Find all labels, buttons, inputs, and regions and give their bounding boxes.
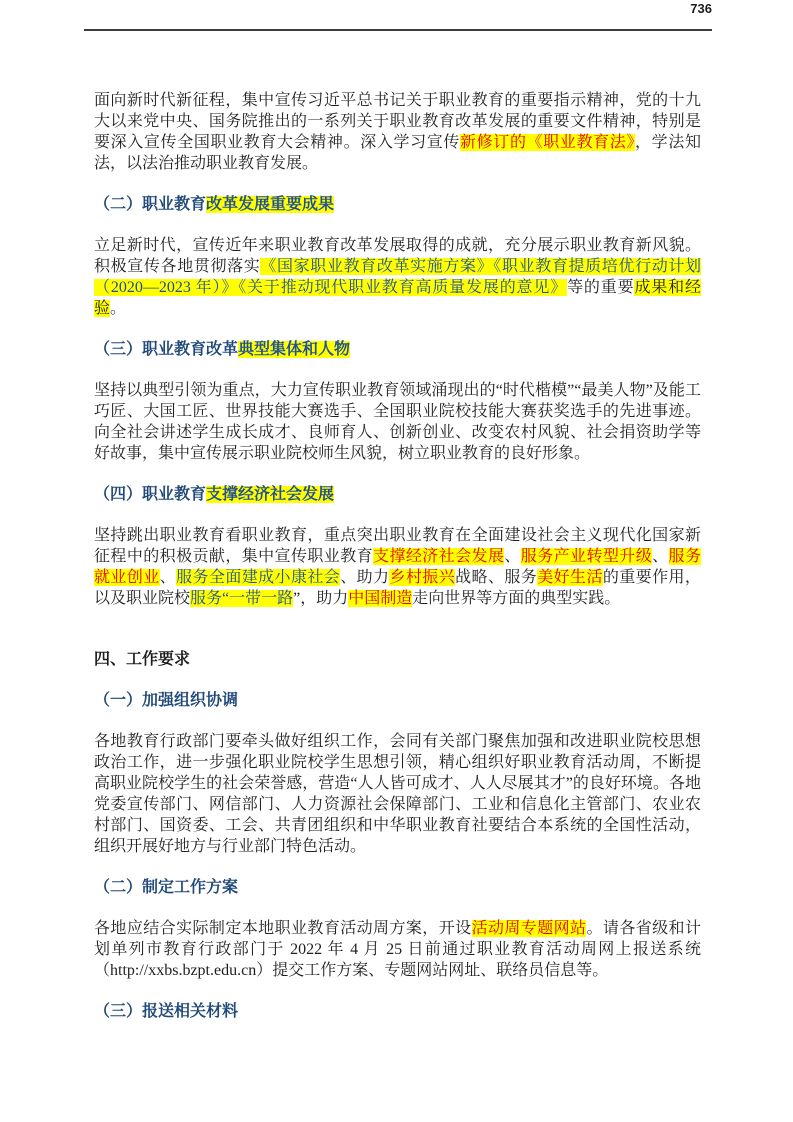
text-run: 等的重要	[567, 279, 634, 296]
text-run: 战略、服务	[455, 569, 537, 586]
highlighted-text: 支撑经济社会发展	[373, 548, 504, 565]
text-run: 、	[652, 548, 668, 565]
text-run: （三）职业教育改革	[94, 341, 238, 358]
text-run: 四、工作要求	[94, 651, 190, 668]
highlighted-text: 典型集体和人物	[238, 341, 350, 358]
document-page: 736 面向新时代新征程，集中宣传习近平总书记关于职业教育的重要指示精神，党的十…	[0, 0, 793, 1122]
highlighted-text: 服务全面建成小康社会	[176, 569, 340, 586]
sub-heading: （三）报送相关材料	[94, 1001, 701, 1022]
highlighted-text: 美好生活	[537, 569, 603, 586]
body-paragraph: 各地教育行政部门要牵头做好组织工作，会同有关部门聚焦加强和改进职业院校思想政治工…	[94, 731, 701, 857]
page-number: 736	[690, 1, 712, 16]
highlighted-text: 活动周专题网站	[472, 920, 587, 937]
text-run: 各地应结合实际制定本地职业教育活动周方案，开设	[94, 920, 472, 937]
body-paragraph: 面向新时代新征程，集中宣传习近平总书记关于职业教育的重要指示精神，党的十九大以来…	[94, 90, 701, 174]
sub-heading: （一）加强组织协调	[94, 690, 701, 711]
text-run: ”，助力	[293, 590, 348, 607]
highlighted-text: 乡村振兴	[389, 569, 455, 586]
text-run: （四）职业教育	[94, 486, 206, 503]
text-run: 各地教育行政部门要牵头做好组织工作，会同有关部门聚焦加强和改进职业院校思想政治工…	[94, 733, 701, 855]
body-paragraph: 立足新时代，宣传近年来职业教育改革发展取得的成就，充分展示职业教育新风貌。积极宣…	[94, 235, 701, 319]
highlighted-text: 中国制造	[348, 590, 412, 607]
main-heading: 四、工作要求	[94, 649, 701, 670]
sub-heading: （二）职业教育改革发展重要成果	[94, 194, 701, 215]
text-run: 坚持以典型引领为重点，大力宣传职业教育领域涌现出的“时代楷模”“最美人物”及能工…	[94, 382, 701, 462]
text-run: （二）职业教育	[94, 196, 206, 213]
body-paragraph: 坚持以典型引领为重点，大力宣传职业教育领域涌现出的“时代楷模”“最美人物”及能工…	[94, 380, 701, 464]
text-run: 、助力	[340, 569, 389, 586]
text-run: （一）加强组织协调	[94, 692, 238, 709]
header-rule	[84, 29, 712, 31]
text-run: 、	[160, 569, 176, 586]
sub-heading: （三）职业教育改革典型集体和人物	[94, 339, 701, 360]
body-paragraph: 坚持跳出职业教育看职业教育，重点突出职业教育在全面建设社会主义现代化国家新征程中…	[94, 525, 701, 609]
text-run: 走向世界等方面的典型实践。	[412, 590, 620, 607]
highlighted-text: 服务产业转型升级	[521, 548, 652, 565]
sub-heading: （四）职业教育支撑经济社会发展	[94, 484, 701, 505]
text-run: 、	[504, 548, 520, 565]
body-paragraph: 各地应结合实际制定本地职业教育活动周方案，开设活动周专题网站。请各省级和计划单列…	[94, 918, 701, 981]
highlighted-text: 改革发展重要成果	[206, 196, 334, 213]
text-run: 。	[110, 300, 126, 317]
highlighted-text: 服务“一带一路	[190, 590, 293, 607]
sub-heading: （二）制定工作方案	[94, 877, 701, 898]
highlighted-text: 新修订的《职业教育法》	[460, 134, 635, 151]
text-run: （二）制定工作方案	[94, 879, 238, 896]
document-content: 面向新时代新征程，集中宣传习近平总书记关于职业教育的重要指示精神，党的十九大以来…	[94, 90, 701, 1042]
highlighted-text: 支撑经济社会发展	[206, 486, 334, 503]
text-run: （三）报送相关材料	[94, 1003, 238, 1020]
